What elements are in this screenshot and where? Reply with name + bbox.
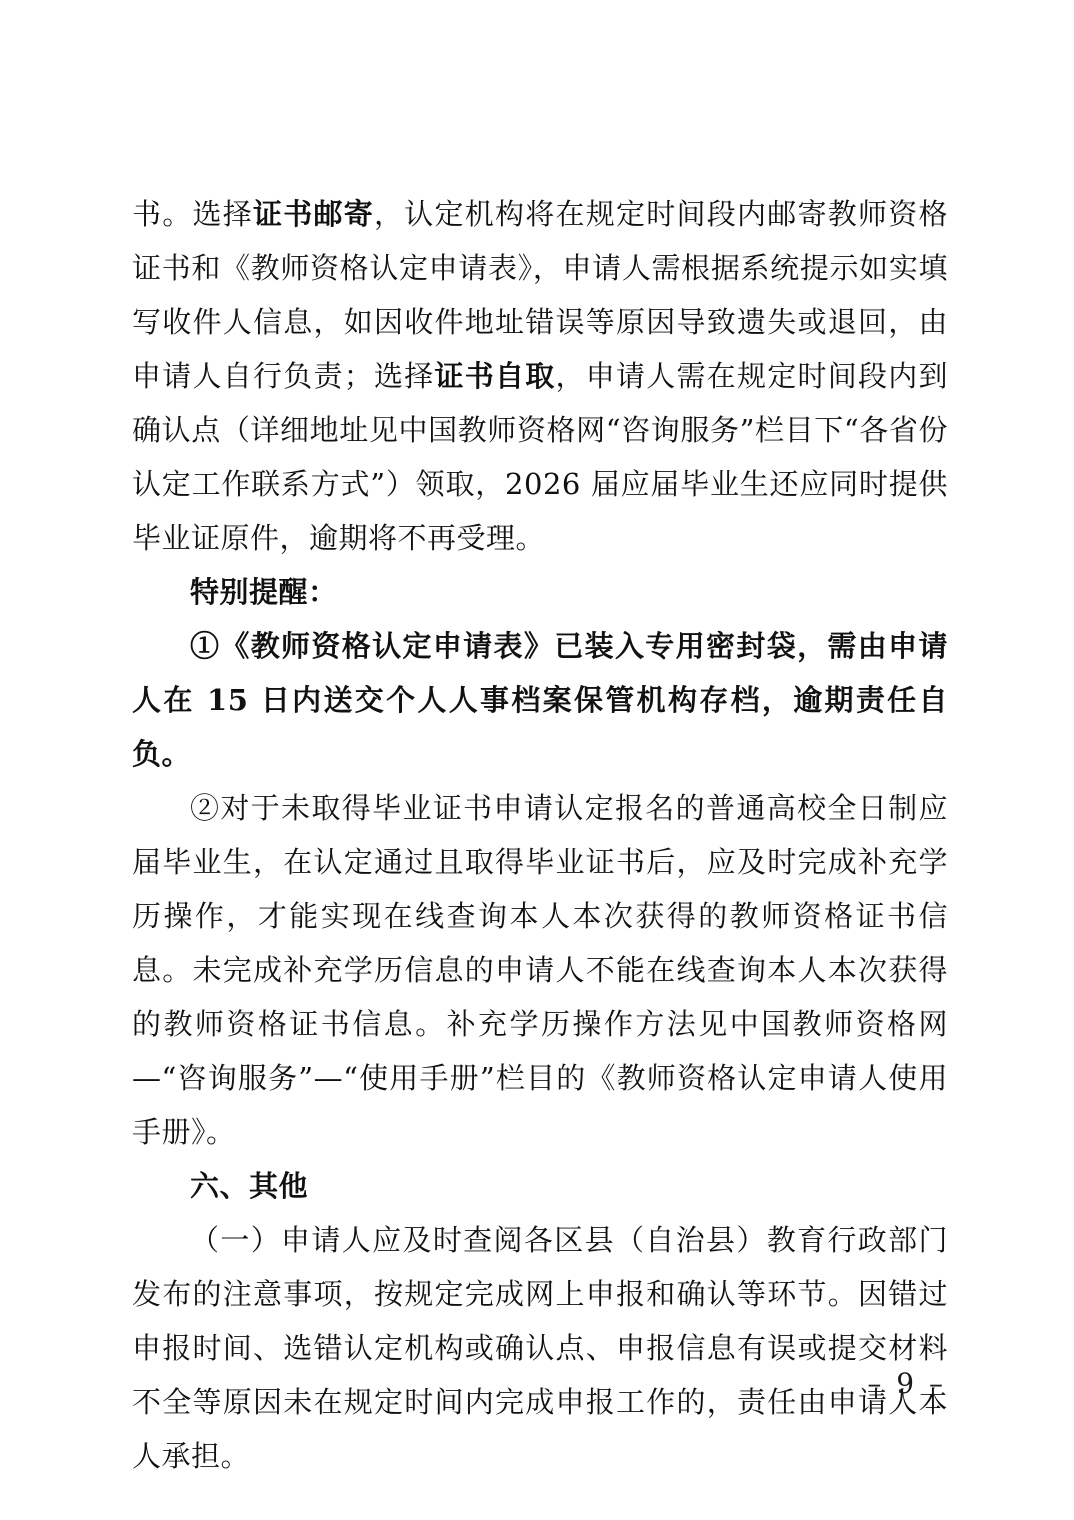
reminder-item-1: ①《教师资格认定申请表》已装入专用密封袋，需由申请人在 15 日内送交个人人事档… xyxy=(132,619,948,781)
text-segment: 证书邮寄 xyxy=(253,197,374,231)
text-segment: 证书自取 xyxy=(434,359,555,393)
text-segment: （一）申请人应及时查阅各区县（自治县）教育行政部门发布的注意事项，按规定完成网上… xyxy=(132,1223,948,1473)
text-segment: ②对于未取得毕业证书申请认定报名的普通高校全日制应届毕业生，在认定通过且取得毕业… xyxy=(132,791,948,1149)
section-heading-six: 六、其他 xyxy=(132,1159,948,1213)
reminder-item-2: ②对于未取得毕业证书申请认定报名的普通高校全日制应届毕业生，在认定通过且取得毕业… xyxy=(132,781,948,1159)
text-segment: 书。选择 xyxy=(132,197,253,231)
paragraph-certificate-delivery: 书。选择证书邮寄，认定机构将在规定时间段内邮寄教师资格证书和《教师资格认定申请表… xyxy=(132,187,948,565)
document-page: 书。选择证书邮寄，认定机构将在规定时间段内邮寄教师资格证书和《教师资格认定申请表… xyxy=(0,0,1074,1520)
text-segment: ①《教师资格认定申请表》已装入专用密封袋，需由申请人在 15 日内送交个人人事档… xyxy=(132,629,948,771)
page-number: – 9 – xyxy=(867,1368,946,1400)
special-reminder-heading: 特别提醒： xyxy=(132,565,948,619)
document-body: 书。选择证书邮寄，认定机构将在规定时间段内邮寄教师资格证书和《教师资格认定申请表… xyxy=(132,187,948,1483)
text-segment: 六、其他 xyxy=(190,1169,308,1203)
text-segment: 特别提醒： xyxy=(190,575,338,609)
section-six-item-1: （一）申请人应及时查阅各区县（自治县）教育行政部门发布的注意事项，按规定完成网上… xyxy=(132,1213,948,1483)
